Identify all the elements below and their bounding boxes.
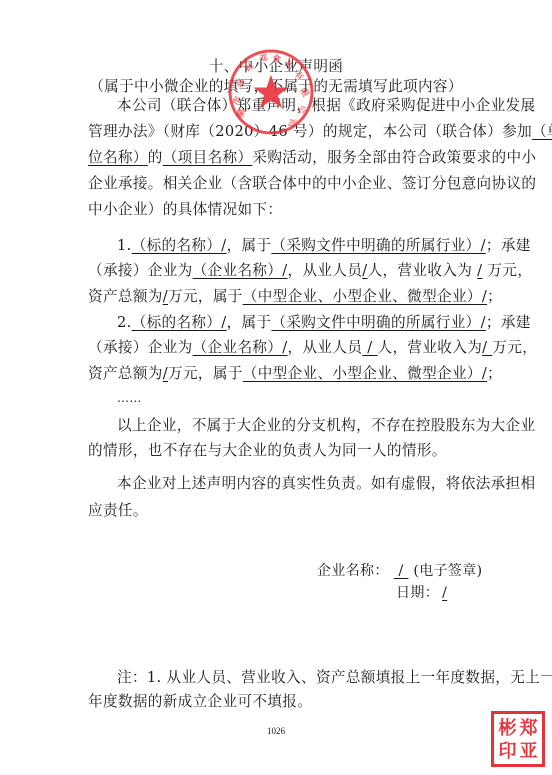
svg-text:有: 有 bbox=[292, 69, 306, 83]
revenue-field: / bbox=[472, 262, 487, 279]
static-text: ，属于 bbox=[227, 314, 272, 331]
intro-line-3: 位名称）的（项目名称）采购活动，服务全部由符合政策要求的中小 bbox=[88, 148, 476, 168]
intro-text: 采购活动，服务全部由符合政策要求的中小 bbox=[252, 149, 536, 166]
company-label: 企业名称： bbox=[317, 563, 389, 579]
page-number: 1026 bbox=[0, 726, 552, 736]
intro-line-4: 企业承接。相关企业（含联合体中的中小企业、签订分包意向协议的 bbox=[88, 174, 476, 194]
company-field: （企业名称）/ bbox=[193, 339, 288, 356]
revenue-field: / bbox=[482, 339, 492, 356]
note-line-2: 年度数据的新成立企业可不填报。 bbox=[88, 692, 476, 712]
item-number: 2. bbox=[117, 314, 132, 331]
employees-field: / bbox=[362, 339, 377, 356]
static-text: 万元， bbox=[487, 262, 532, 279]
item-2-line-2: （承接）企业为（企业名称）/，从业人员 / 人，营业收入为/ 万元， bbox=[88, 338, 476, 358]
svg-text:食: 食 bbox=[272, 53, 282, 65]
svg-text:司: 司 bbox=[285, 117, 297, 128]
company-value: / bbox=[389, 563, 414, 579]
intro-line-5: 中小企业）的具体情况如下： bbox=[88, 200, 476, 220]
subject-field: （标的名称）/ bbox=[132, 314, 227, 331]
static-text: ； bbox=[487, 365, 502, 382]
enterprise-type-field: （中型企业、小型企业、微型企业）/ bbox=[243, 288, 487, 305]
static-text: （承接）企业为 bbox=[88, 339, 193, 356]
signature-company: 企业名称： / (电子签章) bbox=[317, 561, 517, 581]
static-text: （承接）企业为 bbox=[88, 262, 193, 279]
static-text: 人，营业收入为 bbox=[378, 339, 483, 356]
static-text: ，从业人员 bbox=[288, 339, 363, 356]
static-text: ；承建 bbox=[486, 237, 531, 254]
seal-char: 印 bbox=[497, 740, 518, 763]
item-1-line-2: （承接）企业为（企业名称）/，从业人员/人，营业收入为/万元， bbox=[88, 261, 476, 281]
item-2-line-3: 资产总额为/万元，属于（中型企业、小型企业、微型企业）/； bbox=[88, 364, 476, 384]
seal-char: 彬 bbox=[497, 717, 518, 740]
svg-text:品: 品 bbox=[283, 58, 296, 72]
intro-text: 的 bbox=[148, 149, 163, 166]
item-1-line-3: 资产总额为/万元，属于（中型企业、小型企业、微型企业）/； bbox=[88, 287, 476, 307]
statement-1-line-1: 以上企业，不属于大企业的分支机构，不存在控股股东为大企业 bbox=[117, 416, 477, 436]
static-text: ，属于 bbox=[227, 237, 272, 254]
unit-name-field: （单 bbox=[532, 123, 552, 140]
static-text: ，从业人员 bbox=[288, 262, 363, 279]
static-text: ； bbox=[487, 288, 502, 305]
statement-2-line-1: 本企业对上述声明内容的真实性负责。如有虚假，将依法承担相 bbox=[117, 474, 477, 494]
svg-text:林: 林 bbox=[243, 61, 256, 75]
static-text: 人，营业收入为 bbox=[368, 262, 473, 279]
svg-text:限: 限 bbox=[297, 86, 311, 99]
static-text: ；承建 bbox=[486, 314, 531, 331]
project-name-field: （项目名称） bbox=[163, 149, 253, 166]
static-text: 万元，属于 bbox=[168, 365, 243, 382]
company-seal-icon: 市 县 林 邓 食 品 有 限 公 司 聚 bbox=[227, 48, 315, 136]
item-number: 1. bbox=[117, 237, 132, 254]
company-field: （企业名称）/ bbox=[193, 262, 288, 279]
seal-char: 亚 bbox=[518, 740, 539, 763]
svg-text:聚: 聚 bbox=[235, 108, 247, 119]
svg-text:县: 县 bbox=[233, 76, 247, 90]
unit-name-field: 位名称） bbox=[88, 149, 148, 166]
item-2-line-1: 2.（标的名称）/，属于（采购文件中明确的所属行业）/；承建 bbox=[117, 313, 477, 333]
signature-date: 日期：/ bbox=[396, 583, 516, 603]
seal-char: 郑 bbox=[518, 717, 539, 740]
static-text: 资产总额为 bbox=[88, 288, 163, 305]
document-page: 十、中小企业声明函 （属于中小微企业的填写，不属于的无需填写此项内容） 本公司（… bbox=[0, 0, 552, 775]
static-text: 资产总额为 bbox=[88, 365, 163, 382]
static-text: 万元， bbox=[492, 339, 537, 356]
statement-2-line-2: 应责任。 bbox=[88, 501, 476, 521]
personal-seal-icon: 郑 亚 彬 印 bbox=[491, 711, 545, 767]
enterprise-type-field: （中型企业、小型企业、微型企业）/ bbox=[243, 365, 487, 382]
industry-field: （采购文件中明确的所属行业）/ bbox=[271, 237, 485, 254]
svg-text:邓: 邓 bbox=[259, 53, 270, 65]
date-value: / bbox=[439, 585, 450, 601]
item-1-line-1: 1.（标的名称）/，属于（采购文件中明确的所属行业）/；承建 bbox=[117, 236, 477, 256]
industry-field: （采购文件中明确的所属行业）/ bbox=[271, 314, 485, 331]
static-text: 万元，属于 bbox=[168, 288, 243, 305]
ellipsis: …… bbox=[117, 388, 477, 408]
e-signature-label: (电子签章) bbox=[413, 563, 482, 579]
date-label: 日期： bbox=[396, 585, 439, 601]
subject-field: （标的名称）/ bbox=[132, 237, 227, 254]
note-line-1: 注：1. 从业人员、营业收入、资产总额填报上一年度数据，无上一 bbox=[117, 668, 477, 688]
statement-1-line-2: 的情形，也不存在与大企业的负责人为同一人的情形。 bbox=[88, 441, 476, 461]
